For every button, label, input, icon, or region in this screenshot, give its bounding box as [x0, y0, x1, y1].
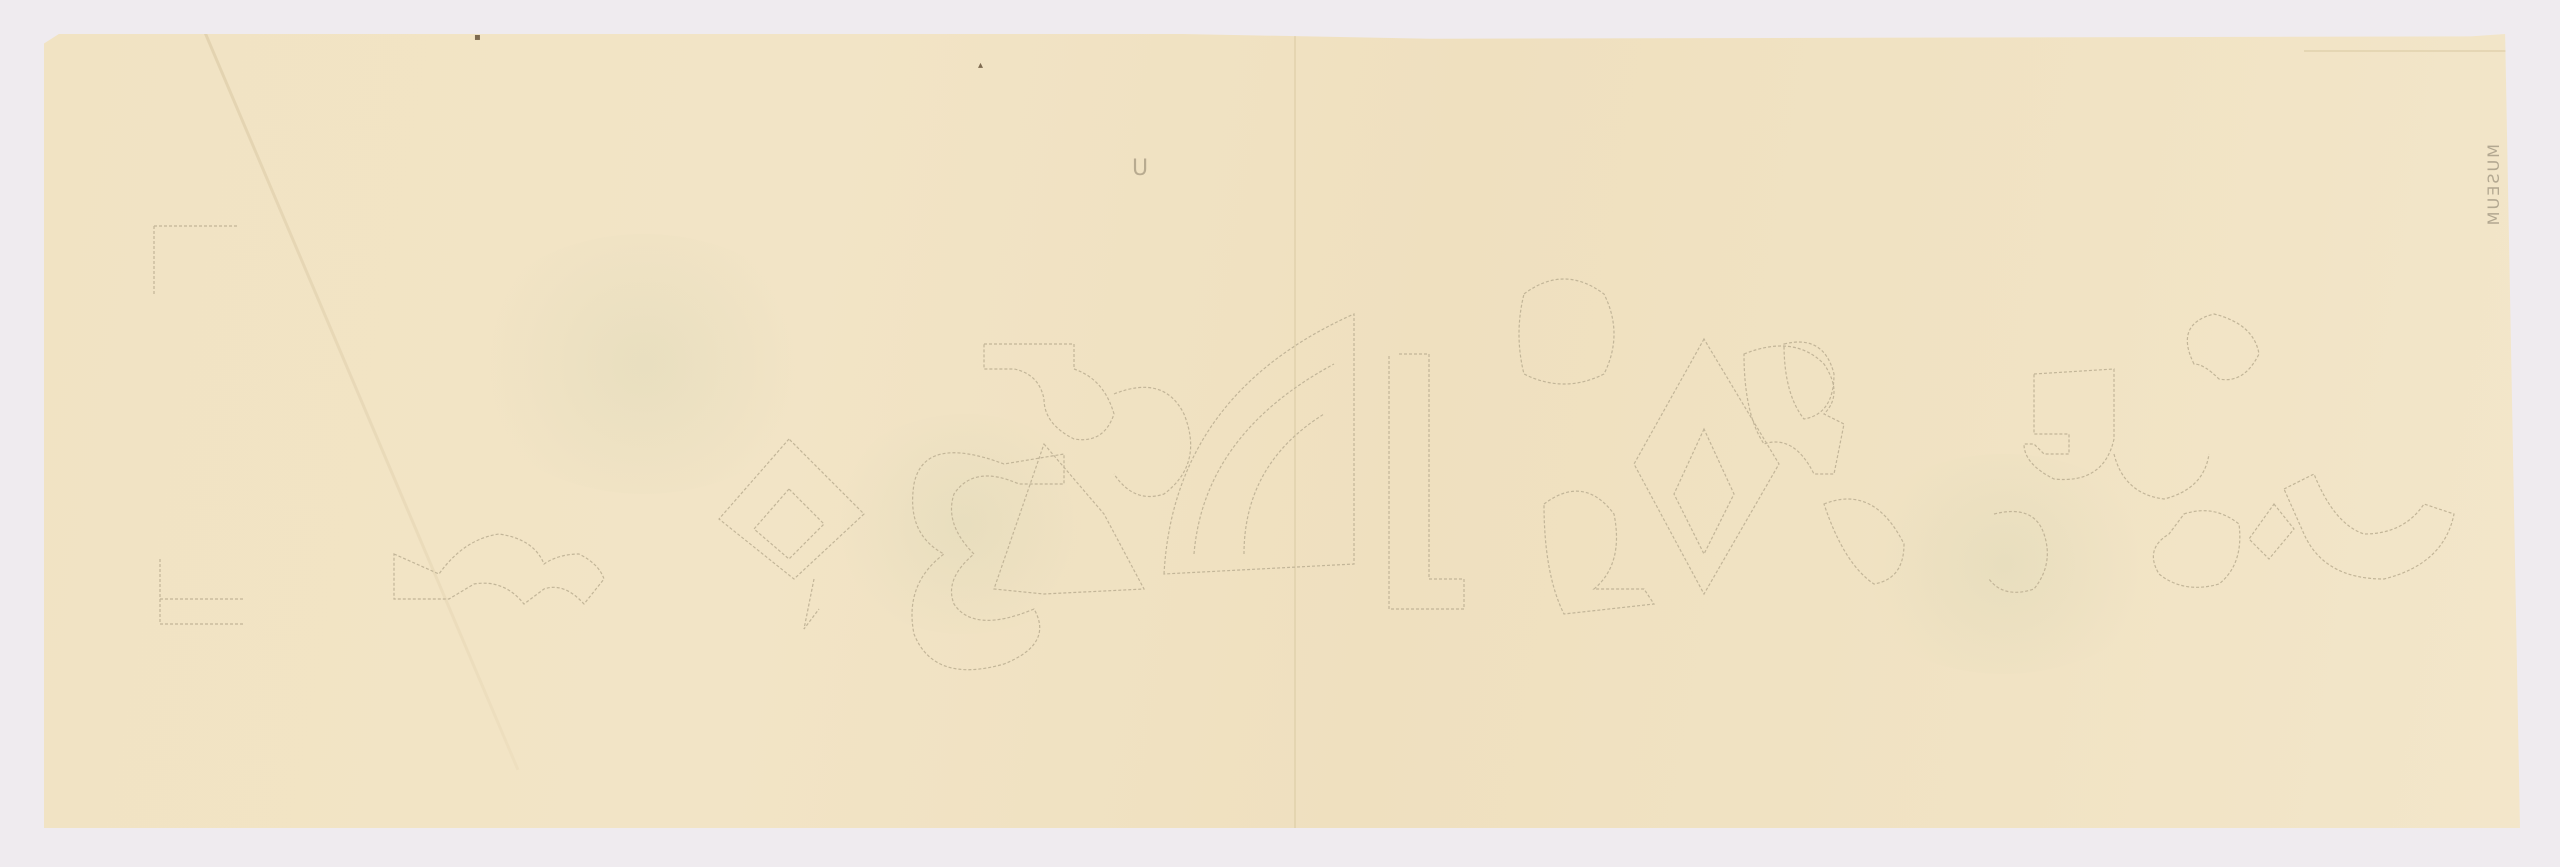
- ornament-block-f: [2024, 369, 2209, 499]
- ornament-arc-u: [2249, 474, 2454, 579]
- pencil-tracing: [44, 34, 2520, 828]
- ornament-s-curve: [912, 453, 1064, 670]
- ornament-double-diamond: [1634, 339, 1834, 594]
- ornament-fan-arch: [1164, 314, 1354, 574]
- ornament-nested-diamond: [719, 439, 864, 629]
- ornament-hook: [1989, 512, 2047, 593]
- ornament-triangle-curl: [984, 344, 1191, 594]
- ornament-ring-c: [2153, 314, 2259, 587]
- crop-marks: [154, 226, 244, 624]
- ornament-scroll-swash: [1744, 346, 1904, 584]
- ornament-scalloped-bar: [394, 534, 604, 604]
- paper-sheet: ▪ ▴ U MUSEUM: [44, 34, 2520, 828]
- ornament-scrolled-l: [1389, 279, 1654, 614]
